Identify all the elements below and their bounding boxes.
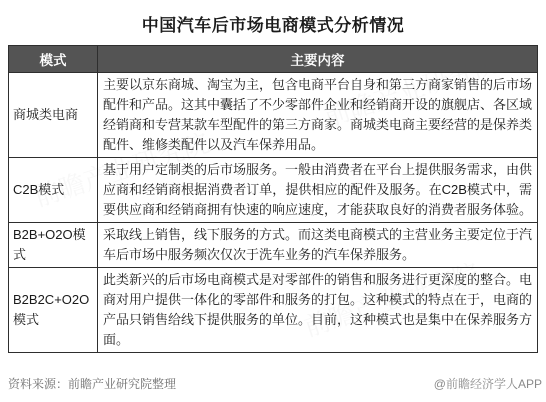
footer: 资料来源：前瞻产业研究院整理 @前瞻经济学人APP bbox=[8, 375, 542, 392]
table-row: 商城类电商 主要以京东商城、淘宝为主，包含电商平台自身和第三方商家销售的后市场配… bbox=[9, 73, 538, 158]
table-header-row: 模式 主要内容 bbox=[9, 46, 538, 73]
table-row: C2B模式 基于用户定制类的后市场服务。一般由消费者在平台上提供服务需求，由供应… bbox=[9, 158, 538, 223]
table-row: B2B+O2O模式 采取线上销售，线下服务的方式。而这类电商模式的主营业务主要定… bbox=[9, 223, 538, 268]
infographic-page: 前瞻产业研究院 前瞻产业研究院 前瞻产业研究院 中国汽车后市场电商模式分析情况 … bbox=[0, 0, 546, 402]
mode-cell: 商城类电商 bbox=[9, 73, 98, 158]
brand-credit: @前瞻经济学人APP bbox=[434, 375, 542, 392]
content-cell: 主要以京东商城、淘宝为主，包含电商平台自身和第三方商家销售的后市场配件和产品。这… bbox=[98, 73, 538, 158]
column-header-content: 主要内容 bbox=[98, 46, 538, 73]
mode-cell: B2B2C+O2O模式 bbox=[9, 268, 98, 353]
content-cell: 此类新兴的后市场电商模式是对零部件的销售和服务进行更深度的整合。电商对用户提供一… bbox=[98, 268, 538, 353]
page-title: 中国汽车后市场电商模式分析情况 bbox=[0, 0, 546, 36]
table-row: B2B2C+O2O模式 此类新兴的后市场电商模式是对零部件的销售和服务进行更深度… bbox=[9, 268, 538, 353]
source-note: 资料来源：前瞻产业研究院整理 bbox=[8, 375, 176, 392]
analysis-table: 模式 主要内容 商城类电商 主要以京东商城、淘宝为主，包含电商平台自身和第三方商… bbox=[8, 45, 538, 353]
mode-cell: B2B+O2O模式 bbox=[9, 223, 98, 268]
mode-cell: C2B模式 bbox=[9, 158, 98, 223]
column-header-mode: 模式 bbox=[9, 46, 98, 73]
content-cell: 采取线上销售，线下服务的方式。而这类电商模式的主营业务主要定位于汽车后市场中服务… bbox=[98, 223, 538, 268]
content-cell: 基于用户定制类的后市场服务。一般由消费者在平台上提供服务需求，由供应商和经销商根… bbox=[98, 158, 538, 223]
